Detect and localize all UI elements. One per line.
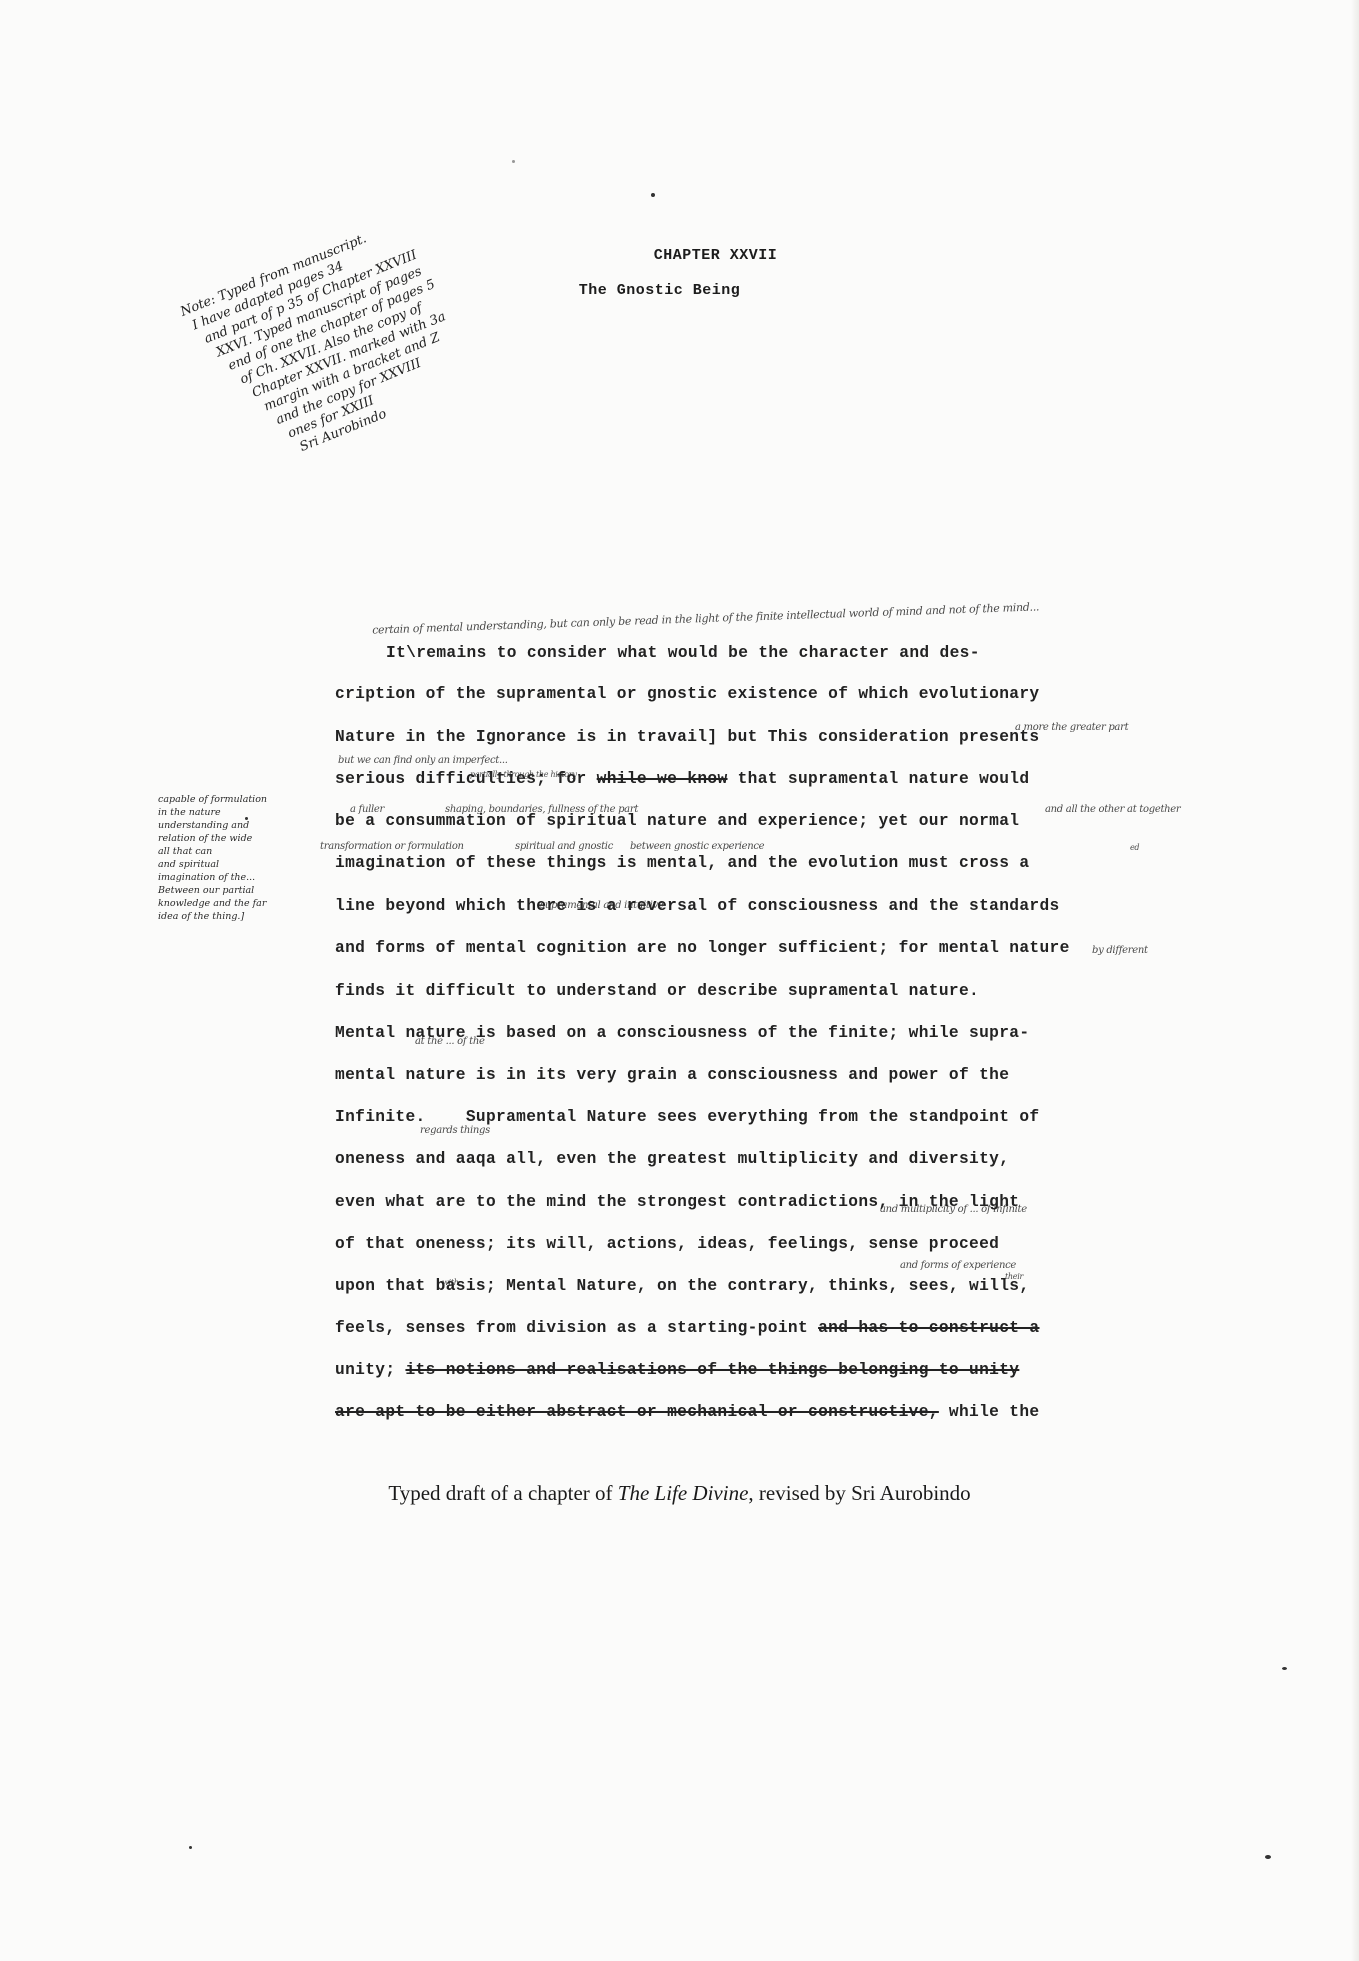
handwritten-interlinear-note: a more the greater part: [1015, 722, 1128, 733]
typed-line: and forms of mental cognition are no lon…: [335, 939, 1070, 957]
struck-text: are apt to be either abstract or mechani…: [335, 1403, 939, 1421]
handwritten-line: in the nature: [158, 806, 267, 819]
handwritten-interlinear-note: with: [442, 1278, 459, 1287]
handwritten-interlinear-note: their: [1005, 1272, 1023, 1281]
typed-line: line beyond which there is a reversal of…: [335, 897, 1060, 915]
caption-prefix: Typed draft of a chapter of: [388, 1481, 617, 1505]
typed-line: cription of the supramental or gnostic e…: [335, 685, 1040, 703]
typed-line: It\remains to consider what would be the…: [386, 644, 980, 662]
handwritten-line: capable of formulation: [158, 793, 267, 806]
handwritten-interlinear-note: partially through the history: [470, 770, 577, 779]
handwritten-interlinear-note: certain of mental understanding, but can…: [372, 600, 1039, 636]
handwritten-interlinear-note: regards things: [420, 1125, 490, 1136]
handwritten-interlinear-note: a fuller: [350, 804, 384, 815]
handwritten-interlinear-note: by different: [1092, 945, 1148, 956]
ink-speck: [1265, 1855, 1271, 1859]
handwritten-interlinear-note: between gnostic experience: [630, 841, 764, 852]
caption-book-title: The Life Divine: [618, 1481, 749, 1505]
struck-text: and has to construct a: [818, 1319, 1039, 1337]
handwritten-margin-note-left: capable of formulationin the natureunder…: [158, 793, 267, 923]
typed-line: Nature in the Ignorance is in travail] b…: [335, 728, 1040, 746]
ink-speck: [1282, 1667, 1287, 1670]
handwritten-line: understanding and: [158, 819, 267, 832]
typed-line: serious difficulties; for while we know …: [335, 770, 1029, 788]
ink-speck: [651, 193, 655, 197]
typed-line: imagination of these things is mental, a…: [335, 854, 1029, 872]
typed-line: feels, senses from division as a startin…: [335, 1319, 1040, 1337]
handwritten-line: relation of the wide: [158, 832, 267, 845]
handwritten-line: knowledge and the far: [158, 897, 267, 910]
handwritten-interlinear-note: but we can find only an imperfect...: [338, 755, 508, 766]
handwritten-interlinear-note: spiritual and gnostic: [515, 841, 613, 852]
typed-line: unity; its notions and realisations of t…: [335, 1361, 1019, 1379]
handwritten-interlinear-note: supramental and intuitive: [540, 900, 663, 911]
handwritten-line: idea of the thing.]: [158, 910, 267, 923]
typed-line: mental nature is in its very grain a con…: [335, 1066, 1009, 1084]
handwritten-interlinear-note: shaping, boundaries, fullness of the par…: [445, 804, 638, 815]
handwritten-interlinear-note: and all the other at together: [1045, 804, 1180, 815]
typed-line: oneness and aaqa all, even the greatest …: [335, 1150, 1009, 1168]
handwritten-line: all that can: [158, 845, 267, 858]
handwritten-line: and spiritual: [158, 858, 267, 871]
handwritten-line: imagination of the...: [158, 871, 267, 884]
typed-line: be a consummation of spiritual nature an…: [335, 812, 1019, 830]
handwritten-interlinear-note: and multiplicity of ... of infinite: [880, 1204, 1027, 1215]
page-edge-shadow: [1351, 0, 1359, 1961]
typed-line: are apt to be either abstract or mechani…: [335, 1403, 1040, 1421]
chapter-heading: CHAPTER XXVII: [36, 247, 1359, 264]
typed-line: of that oneness; its will, actions, idea…: [335, 1235, 999, 1253]
ink-speck: [512, 160, 515, 163]
ink-speck: [189, 1846, 192, 1849]
typed-line: upon that basis; Mental Nature, on the c…: [335, 1277, 1029, 1295]
handwritten-interlinear-note: ed: [1130, 843, 1139, 852]
handwritten-interlinear-note: transformation or formulation: [320, 841, 464, 852]
struck-text: its notions and realisations of the thin…: [405, 1361, 1019, 1379]
handwritten-interlinear-note: and forms of experience: [900, 1260, 1016, 1271]
typed-line: finds it difficult to understand or desc…: [335, 982, 979, 1000]
typed-line: Infinite. Supramental Nature sees everyt…: [335, 1108, 1040, 1126]
handwritten-interlinear-note: at the ... of the: [415, 1036, 485, 1047]
caption-suffix: , revised by Sri Aurobindo: [748, 1481, 970, 1505]
struck-text: while we know: [597, 770, 728, 788]
figure-caption: Typed draft of a chapter of The Life Div…: [0, 1481, 1359, 1506]
handwritten-line: Between our partial: [158, 884, 267, 897]
